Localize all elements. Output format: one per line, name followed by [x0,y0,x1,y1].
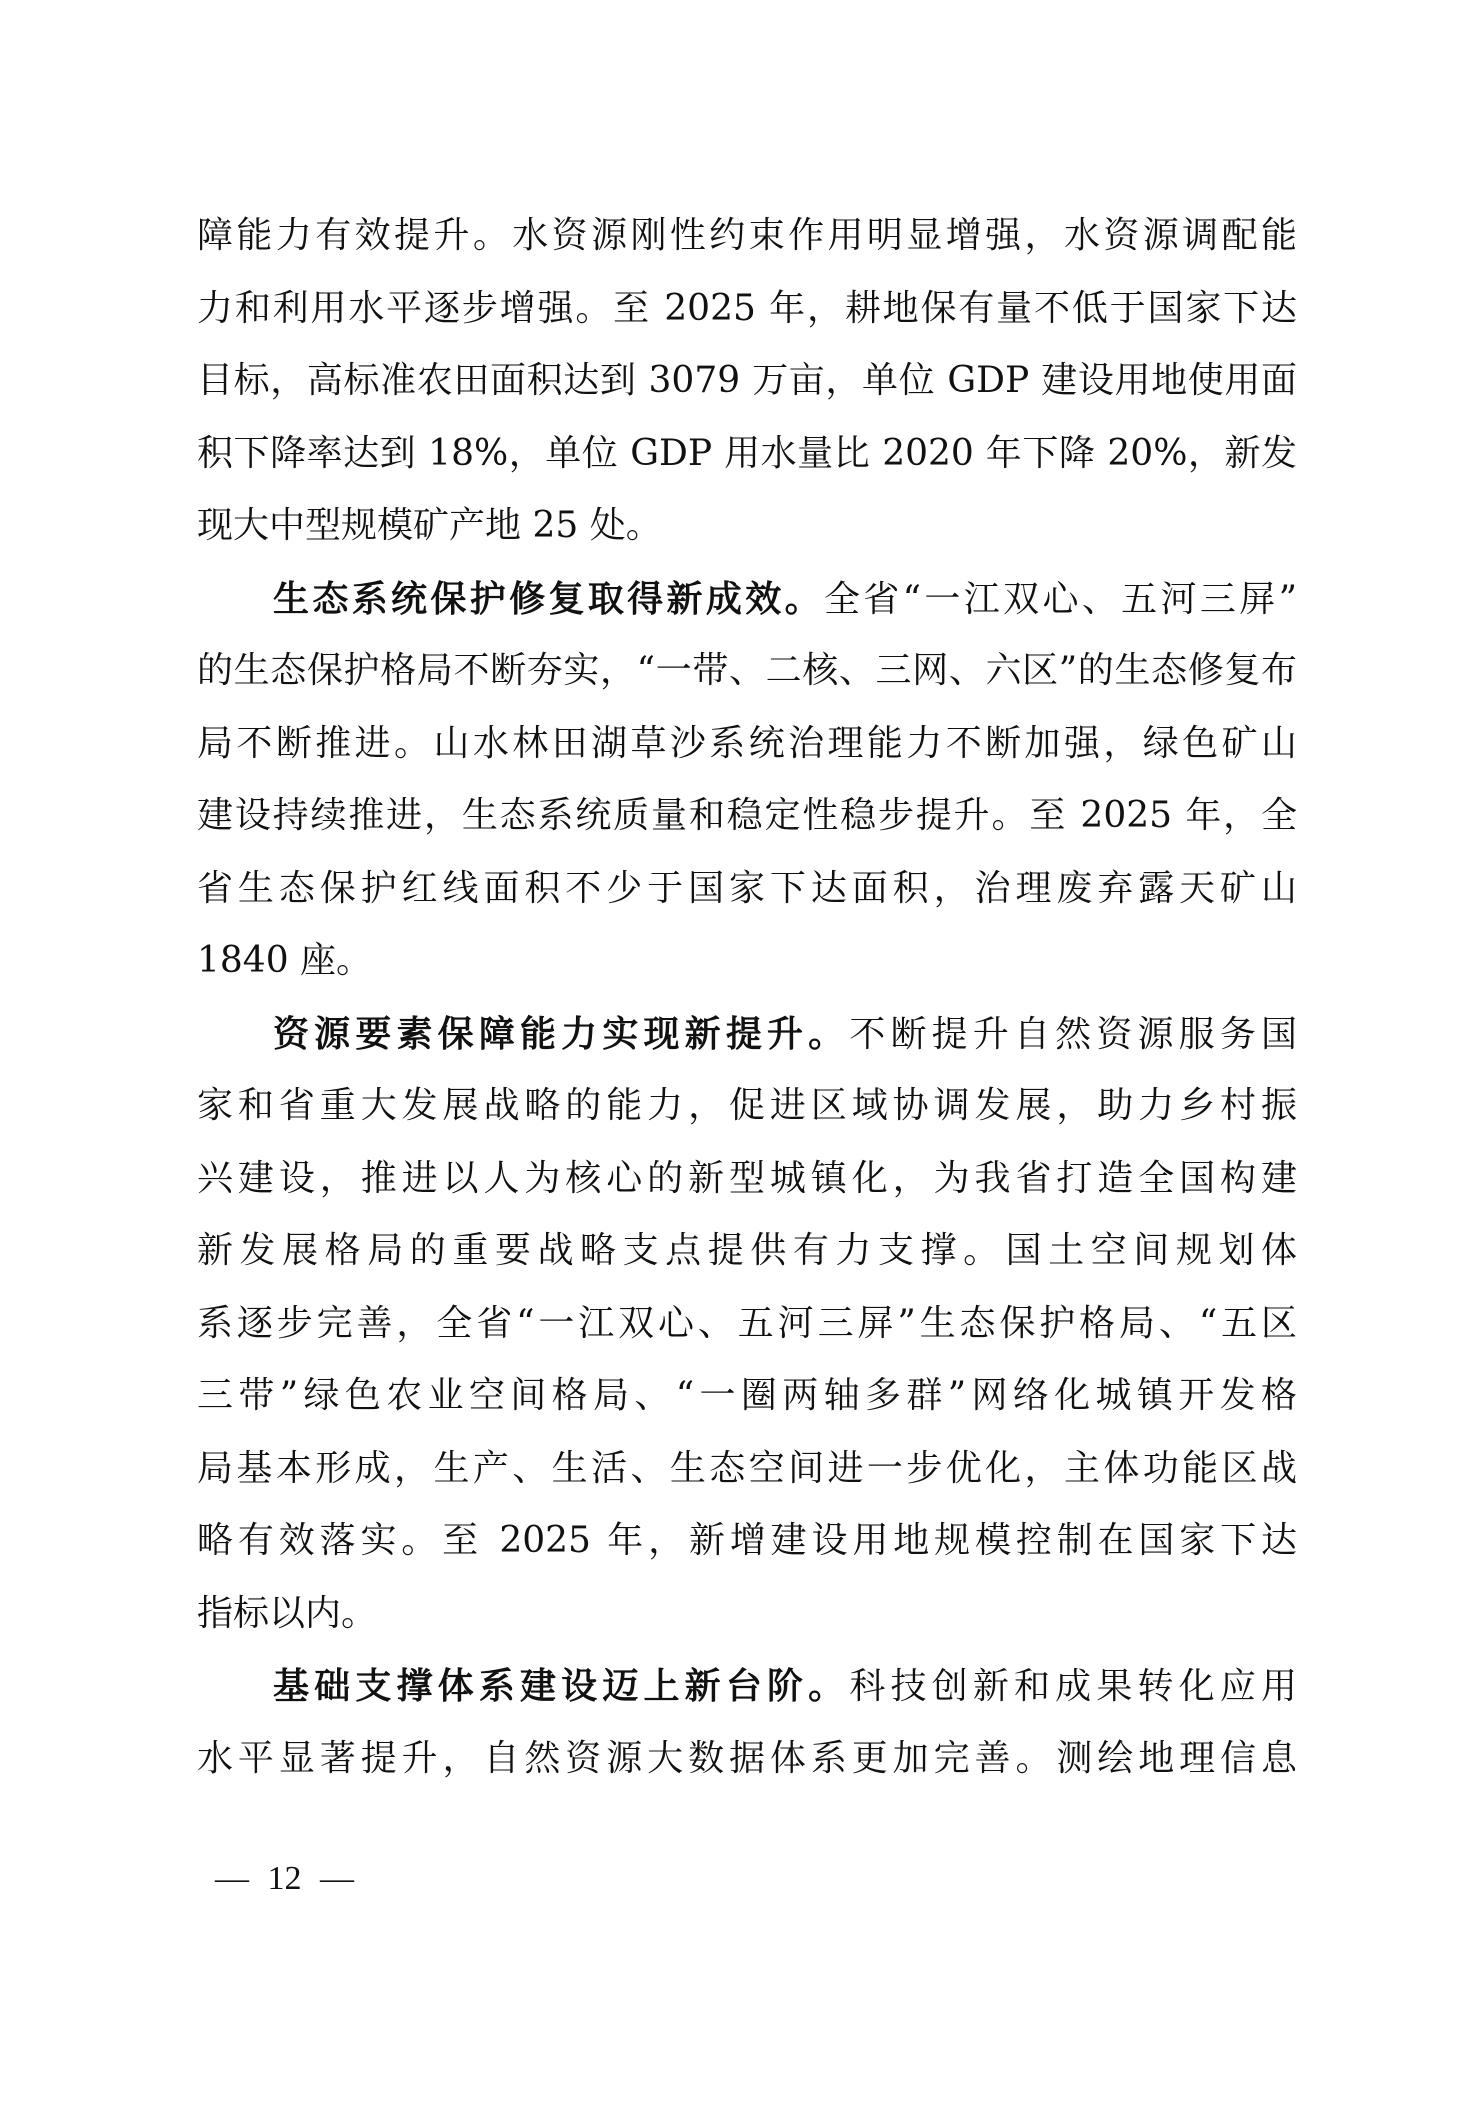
text-line: 现大中型规模矿产地 25 处。 [197,490,1297,563]
text-line: 生态系统保护修复取得新成效。全省“一江双心、五河三屏” [197,563,1297,636]
text-line: 三带”绿色农业空间格局、“一圈两轴多群”网络化城镇开发格 [197,1360,1297,1433]
text-line: 略有效落实。至 2025 年，新增建设用地规模控制在国家下达 [197,1505,1297,1578]
text-line: 局不断推进。山水林田湖草沙系统治理能力不断加强，绿色矿山 [197,708,1297,781]
paragraph-1: 障能力有效提升。水资源刚性约束作用明显增强，水资源调配能 力和利用水平逐步增强。… [197,200,1297,563]
paragraph-2: 生态系统保护修复取得新成效。全省“一江双心、五河三屏” 的生态保护格局不断夯实，… [197,563,1297,998]
paragraph-3: 资源要素保障能力实现新提升。不断提升自然资源服务国 家和省重大发展战略的能力，促… [197,998,1297,1651]
text-line: 基础支撑体系建设迈上新台阶。科技创新和成果转化应用 [197,1650,1297,1723]
text-line: 新发展格局的重要战略支点提供有力支撑。国土空间规划体 [197,1215,1297,1288]
text-line: 水平显著提升，自然资源大数据体系更加完善。测绘地理信息 [197,1723,1297,1796]
page-number: — 12 — [215,1860,354,1898]
document-page: 障能力有效提升。水资源刚性约束作用明显增强，水资源调配能 力和利用水平逐步增强。… [197,200,1297,1795]
text-line: 的生态保护格局不断夯实，“一带、二核、三网、六区”的生态修复布 [197,635,1297,708]
text-span: 不断提升自然资源服务国 [849,1014,1297,1055]
text-line: 积下降率达到 18%，单位 GDP 用水量比 2020 年下降 20%，新发 [197,418,1297,491]
paragraph-heading: 基础支撑体系建设迈上新台阶。 [273,1665,849,1707]
text-line: 力和利用水平逐步增强。至 2025 年，耕地保有量不低于国家下达 [197,273,1297,346]
paragraph-heading: 资源要素保障能力实现新提升。 [273,1013,849,1055]
text-line: 省生态保护红线面积不少于国家下达面积，治理废弃露天矿山 [197,853,1297,926]
text-line: 家和省重大发展战略的能力，促进区域协调发展，助力乡村振 [197,1070,1297,1143]
text-span: 全省“一江双心、五河三屏” [824,579,1297,620]
paragraph-heading: 生态系统保护修复取得新成效。 [273,578,824,620]
paragraph-4: 基础支撑体系建设迈上新台阶。科技创新和成果转化应用 水平显著提升，自然资源大数据… [197,1650,1297,1795]
text-line: 障能力有效提升。水资源刚性约束作用明显增强，水资源调配能 [197,200,1297,273]
text-line: 1840 座。 [197,925,1297,998]
text-line: 系逐步完善，全省“一江双心、五河三屏”生态保护格局、“五区 [197,1288,1297,1361]
text-line: 指标以内。 [197,1578,1297,1651]
text-line: 资源要素保障能力实现新提升。不断提升自然资源服务国 [197,998,1297,1071]
text-line: 目标，高标准农田面积达到 3079 万亩，单位 GDP 建设用地使用面 [197,345,1297,418]
text-line: 兴建设，推进以人为核心的新型城镇化，为我省打造全国构建 [197,1143,1297,1216]
text-line: 局基本形成，生产、生活、生态空间进一步优化，主体功能区战 [197,1433,1297,1506]
text-span: 科技创新和成果转化应用 [849,1666,1297,1707]
text-line: 建设持续推进，生态系统质量和稳定性稳步提升。至 2025 年，全 [197,780,1297,853]
